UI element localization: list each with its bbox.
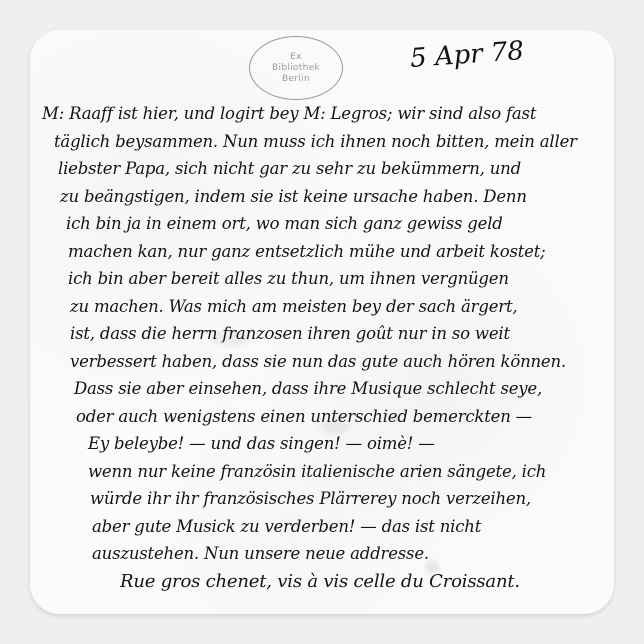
letter-line: machen kan, nur ganz entsetzlich mühe un…	[40, 238, 600, 266]
letter-line: Dass sie aber einsehen, dass ihre Musiqu…	[40, 375, 600, 403]
letter-line: oder auch wenigstens einen unterschied b…	[40, 403, 600, 431]
page-background: Ex Bibliothek Berlin 5 Apr 78 M: Raaff i…	[0, 0, 644, 644]
letter-sticker-card: Ex Bibliothek Berlin 5 Apr 78 M: Raaff i…	[30, 30, 614, 614]
letter-line: ist, dass die herrn franzosen ihren goût…	[40, 320, 600, 348]
letter-line: zu machen. Was mich am meisten bey der s…	[40, 293, 600, 321]
letter-body: M: Raaff ist hier, und logirt bey M: Leg…	[40, 100, 600, 595]
letter-line: aber gute Musick zu verderben! — das ist…	[40, 513, 600, 541]
letter-line: ich bin aber bereit alles zu thun, um ih…	[40, 265, 600, 293]
letter-line: Ey beleybe! — und das singen! — oimè! —	[40, 430, 600, 458]
letter-line: ich bin ja in einem ort, wo man sich gan…	[40, 210, 600, 238]
stamp-line: Ex	[290, 52, 302, 63]
stamp-line: Berlin	[282, 74, 310, 85]
letter-line: würde ihr ihr französisches Plärrerey no…	[40, 485, 600, 513]
letter-line: täglich beysammen. Nun muss ich ihnen no…	[40, 128, 600, 156]
letter-line: zu beängstigen, indem sie ist keine ursa…	[40, 183, 600, 211]
letter-line: liebster Papa, sich nicht gar zu sehr zu…	[40, 155, 600, 183]
letter-line: wenn nur keine französin italienische ar…	[40, 458, 600, 486]
letter-line: auszustehen. Nun unsere neue addresse.	[40, 540, 600, 568]
letter-line: verbessert haben, dass sie nun das gute …	[40, 348, 600, 376]
library-stamp: Ex Bibliothek Berlin	[249, 36, 343, 100]
stamp-line: Bibliothek	[272, 63, 320, 74]
letter-address-line: Rue gros chenet, vis à vis celle du Croi…	[40, 568, 600, 596]
letter-line: M: Raaff ist hier, und logirt bey M: Leg…	[40, 100, 600, 128]
